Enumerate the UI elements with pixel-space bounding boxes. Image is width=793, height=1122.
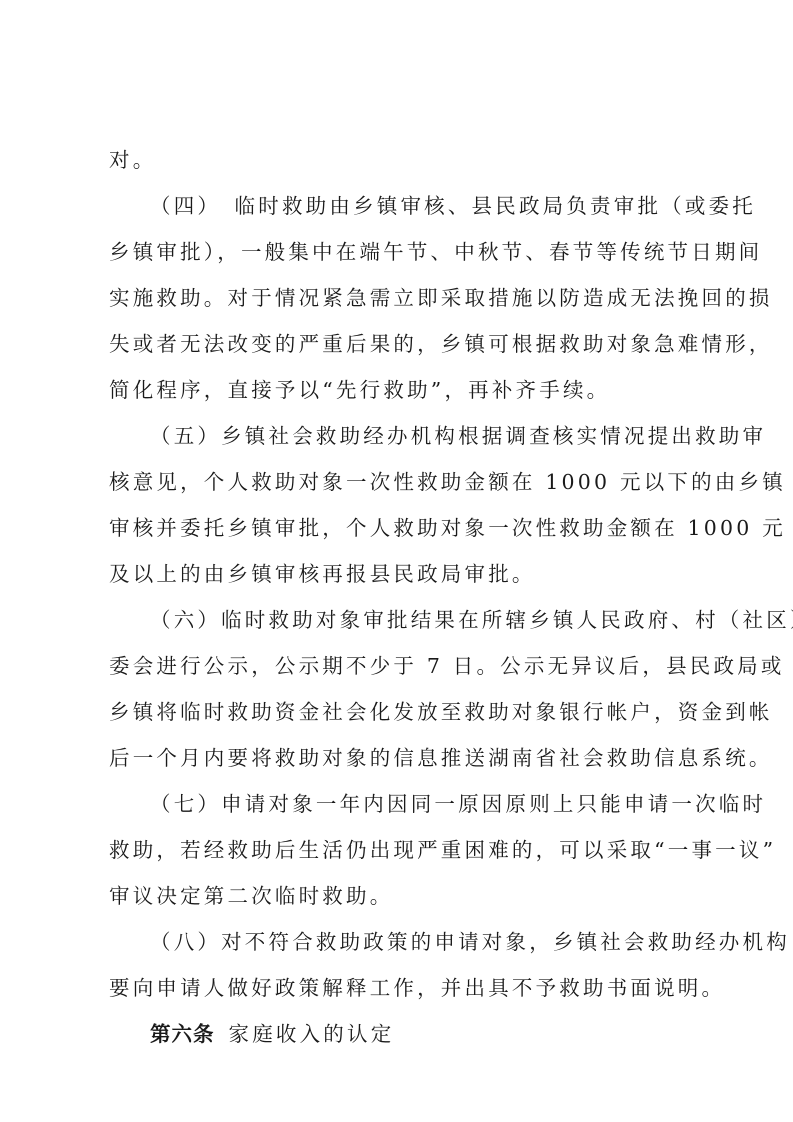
text-line: 审议决定第二次临时救助。 bbox=[109, 882, 689, 910]
text-line: （八）对不符合救助政策的申请对象，乡镇社会救助经办机构 bbox=[150, 928, 730, 956]
text-line: （六）临时救助对象审批结果在所辖乡镇人民政府、村（社区） bbox=[150, 606, 730, 634]
text-line: 要向申请人做好政策解释工作，并出具不予救助书面说明。 bbox=[109, 974, 689, 1002]
text-line: 简化程序，直接予以“先行救助”，再补齐手续。 bbox=[109, 376, 689, 404]
text-line: 及以上的由乡镇审核再报县民政局审批。 bbox=[109, 560, 689, 588]
document-page: 对。 （四） 临时救助由乡镇审核、县民政局负责审批（或委托 乡镇审批），一般集中… bbox=[0, 0, 793, 1122]
article-title: 家庭收入的认定 bbox=[229, 1022, 395, 1046]
text-line: 实施救助。对于情况紧急需立即采取措施以防造成无法挽回的损 bbox=[109, 284, 689, 312]
text-line: 乡镇审批），一般集中在端午节、中秋节、春节等传统节日期间 bbox=[109, 238, 689, 266]
text-line: 救助，若经救助后生活仍出现严重困难的，可以采取“一事一议” bbox=[109, 836, 689, 864]
text-line: （五）乡镇社会救助经办机构根据调查核实情况提出救助审 bbox=[150, 422, 730, 450]
text-line: 核意见，个人救助对象一次性救助金额在 1000 元以下的由乡镇 bbox=[109, 468, 689, 496]
text-line: （七）申请对象一年内因同一原因原则上只能申请一次临时 bbox=[150, 790, 730, 818]
text-line: 审核并委托乡镇审批，个人救助对象一次性救助金额在 1000 元 bbox=[109, 514, 689, 542]
section-heading: 第六条家庭收入的认定 bbox=[150, 1020, 730, 1048]
text-line: 乡镇将临时救助资金社会化发放至救助对象银行帐户，资金到帐 bbox=[109, 698, 689, 726]
text-line: （四） 临时救助由乡镇审核、县民政局负责审批（或委托 bbox=[150, 192, 730, 220]
text-line: 对。 bbox=[109, 146, 689, 174]
text-line: 后一个月内要将救助对象的信息推送湖南省社会救助信息系统。 bbox=[109, 744, 689, 772]
text-line: 失或者无法改变的严重后果的，乡镇可根据救助对象急难情形， bbox=[109, 330, 689, 358]
article-number: 第六条 bbox=[150, 1022, 215, 1046]
text-line: 委会进行公示，公示期不少于 7 日。公示无异议后，县民政局或 bbox=[109, 652, 689, 680]
